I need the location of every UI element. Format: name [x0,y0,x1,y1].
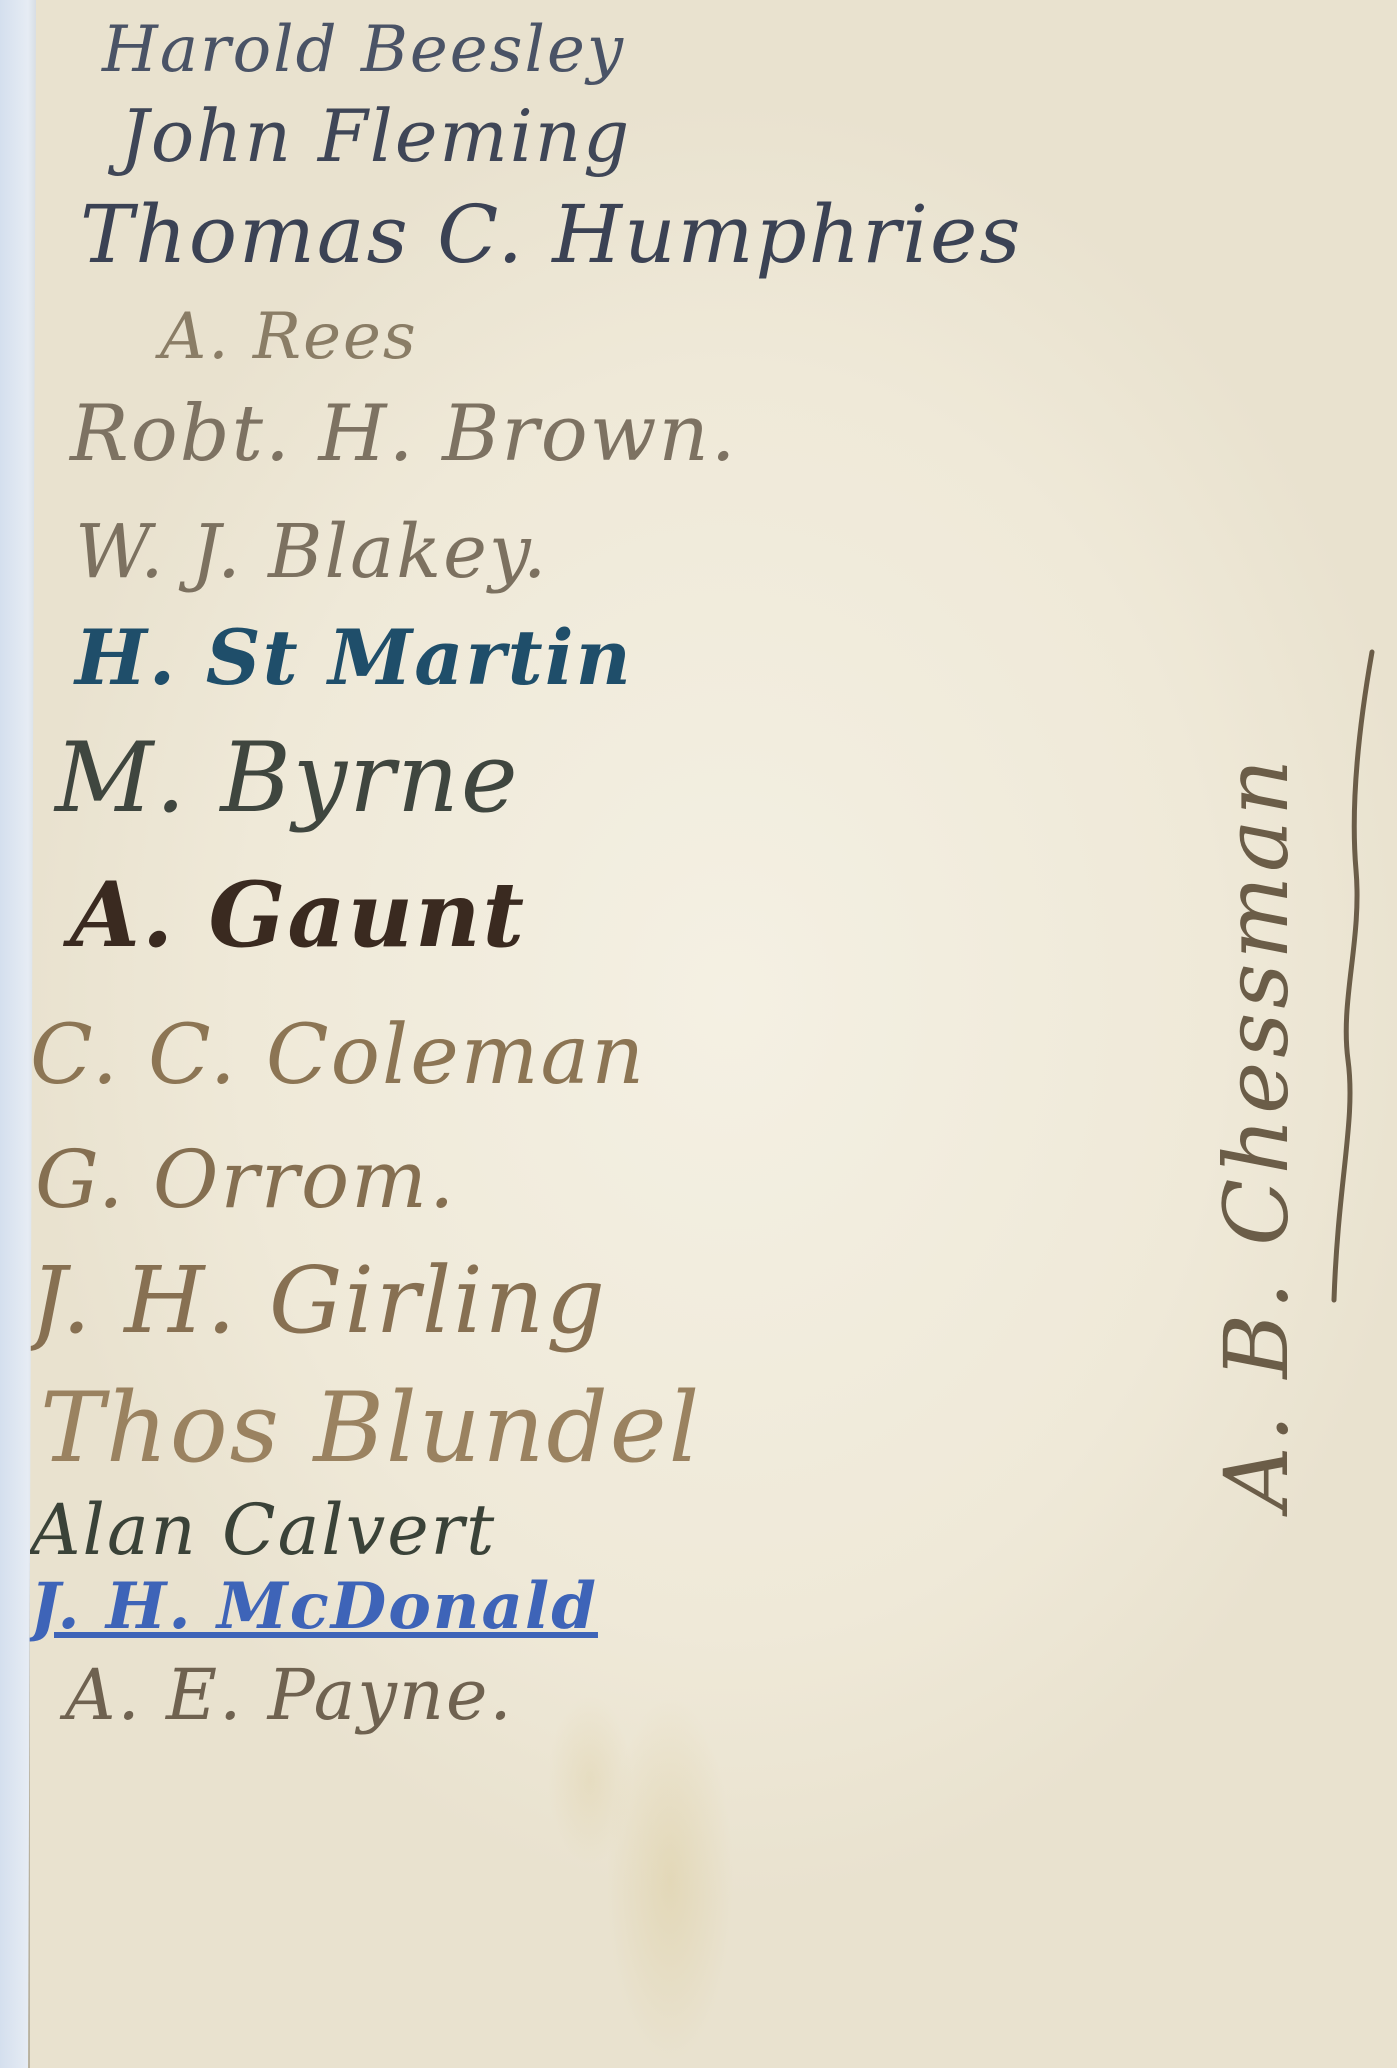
signature-vertical-a-b-chessman: A. B. Chessman [1205,755,1308,1510]
signature-thos-blundel: Thos Blundel [40,1380,701,1476]
signature-alan-calvert: Alan Calvert [30,1495,496,1565]
signature-robt-h-brown: Robt. H. Brown. [70,395,738,473]
signature-thomas-c-humphries: Thomas C. Humphries [80,195,1022,275]
signature-j-h-girling: J. H. Girling [30,1255,607,1347]
signature-g-orrom: G. Orrom. [35,1140,456,1220]
signature-flourish-stroke [1320,640,1380,1320]
signature-harold-beesley: Harold Beesley [102,18,625,82]
signature-john-fleming: John Fleming [120,100,631,172]
autograph-card: Harold Beesley John Fleming Thomas C. Hu… [28,0,1397,2068]
signature-j-h-mcdonald: J. H. McDonald [30,1575,598,1639]
signature-c-c-coleman: C. C. Coleman [30,1015,646,1097]
signature-m-byrne: M. Byrne [55,730,520,826]
signature-h-st-martin: H. St Martin [75,620,633,696]
signature-a-e-payne: A. E. Payne. [65,1660,514,1730]
signature-a-rees: A. Rees [160,305,418,369]
signature-w-j-blakey: W. J. Blakey. [75,515,548,589]
signature-a-gaunt: A. Gaunt [70,870,526,960]
